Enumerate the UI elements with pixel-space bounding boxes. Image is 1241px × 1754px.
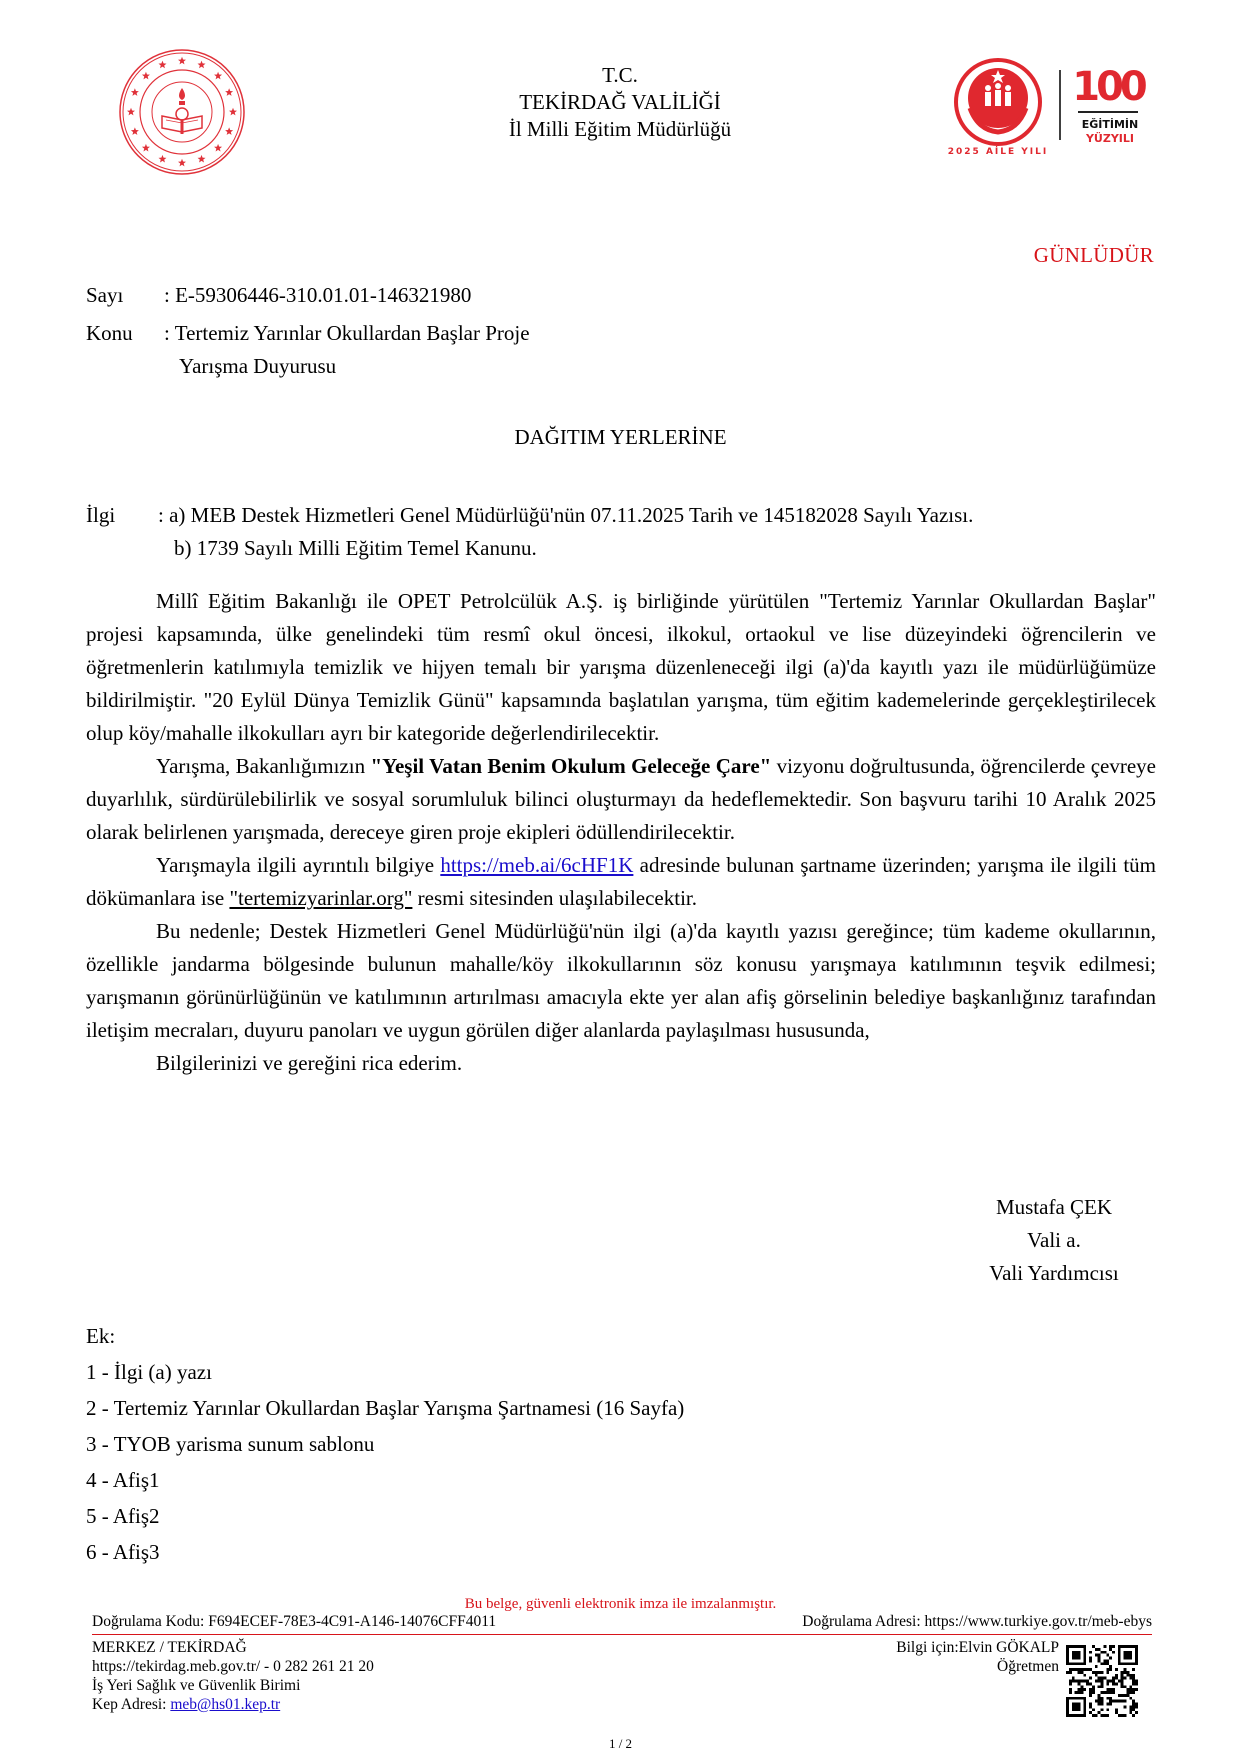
right-logos: 2025 AİLE YILI 100 EĞİTİMİN YÜZYILI — [948, 50, 1158, 160]
vision-slogan: "Yeşil Vatan Benim Okulum Geleceğe Çare" — [370, 754, 771, 778]
svg-text:EĞİTİMİN: EĞİTİMİN — [1082, 117, 1138, 131]
letterhead-directorate: İl Milli Eğitim Müdürlüğü — [400, 116, 840, 143]
ilgi-a: : a) MEB Destek Hizmetleri Genel Müdürlü… — [158, 503, 973, 527]
footer-contact: MERKEZ / TEKİRDAĞ https://tekirdag.meb.g… — [92, 1638, 374, 1714]
sayi-value: : E-59306446-310.01.01-146321980 — [164, 279, 471, 312]
letterhead-tc: T.C. — [400, 62, 840, 89]
paragraph-2: Yarışma, Bakanlığımızın "Yeşil Vatan Ben… — [86, 750, 1156, 849]
letterhead: T.C. TEKİRDAĞ VALİLİĞİ İl Milli Eğitim M… — [400, 62, 840, 143]
ilgi-b: b) 1739 Sayılı Milli Eğitim Temel Kanunu… — [174, 532, 537, 565]
verification-code: Doğrulama Kodu: F694ECEF-78E3-4C91-A146-… — [92, 1613, 496, 1631]
page-number: 1 / 2 — [0, 1736, 1241, 1752]
letterhead-governorship: TEKİRDAĞ VALİLİĞİ — [400, 89, 840, 116]
attachments: Ek: 1 - İlgi (a) yazı 2 - Tertemiz Yarın… — [86, 1318, 684, 1570]
paragraph-5: Bilgilerinizi ve gereğini rica ederim. — [86, 1047, 1156, 1080]
info-contact: Bilgi için:Elvin GÖKALP — [896, 1638, 1059, 1657]
site-link[interactable]: "tertemizyarinlar.org" — [229, 886, 412, 910]
footer-address: MERKEZ / TEKİRDAĞ — [92, 1638, 374, 1657]
paragraph-3: Yarışmayla ilgili ayrıntılı bilgiye http… — [86, 849, 1156, 915]
info-title: Öğretmen — [896, 1657, 1059, 1676]
verification-address[interactable]: Doğrulama Adresi: https://www.turkiye.go… — [802, 1613, 1152, 1631]
attachment-item: 6 - Afiş3 — [86, 1534, 684, 1570]
attachment-item: 5 - Afiş2 — [86, 1498, 684, 1534]
attachment-item: 4 - Afiş1 — [86, 1462, 684, 1498]
footer-kep: Kep Adresi: meb@hs01.kep.tr — [92, 1695, 374, 1714]
letter-body: Millî Eğitim Bakanlığı ile OPET Petrolcü… — [86, 585, 1156, 1080]
qr-code-icon — [1066, 1645, 1138, 1717]
verification-row: Doğrulama Kodu: F694ECEF-78E3-4C91-A146-… — [92, 1613, 1152, 1631]
signer-proxy: Vali a. — [954, 1224, 1154, 1257]
attachments-label: Ek: — [86, 1318, 684, 1354]
konu-row: Konu: Tertemiz Yarınlar Okullardan Başla… — [86, 317, 530, 350]
footer-unit: İş Yeri Sağlık ve Güvenlik Birimi — [92, 1676, 374, 1695]
sayi-label: Sayı — [86, 279, 164, 312]
attachment-item: 3 - TYOB yarisma sunum sablonu — [86, 1426, 684, 1462]
svg-text:100: 100 — [1072, 64, 1146, 110]
signer-title: Vali Yardımcısı — [954, 1257, 1154, 1290]
sayi-row: Sayı: E-59306446-310.01.01-146321980 — [86, 279, 471, 312]
p3-text-rest: resmi sitesinden ulaşılabilecektir. — [412, 886, 697, 910]
kep-link[interactable]: meb@hs01.kep.tr — [170, 1696, 280, 1713]
egitimin-yuzyili-100-icon: 100 EĞİTİMİN YÜZYILI — [1072, 64, 1146, 145]
paragraph-1: Millî Eğitim Bakanlığı ile OPET Petrolcü… — [86, 585, 1156, 750]
ilgi-row: İlgi: a) MEB Destek Hizmetleri Genel Müd… — [86, 499, 973, 532]
konu-label: Konu — [86, 317, 164, 350]
p3-text: Yarışmayla ilgili ayrıntılı bilgiye — [156, 853, 440, 877]
konu-value: : Tertemiz Yarınlar Okullardan Başlar Pr… — [164, 317, 530, 350]
meb-seal-icon: . — [118, 48, 246, 176]
recipient-heading: DAĞITIM YERLERİNE — [0, 425, 1241, 450]
attachment-item: 2 - Tertemiz Yarınlar Okullardan Başlar … — [86, 1390, 684, 1426]
esign-note: Bu belge, güvenli elektronik imza ile im… — [0, 1596, 1241, 1613]
signature-block: Mustafa ÇEK Vali a. Vali Yardımcısı — [954, 1191, 1154, 1290]
urgency-label: GÜNLÜDÜR — [1034, 243, 1154, 268]
attachment-item: 1 - İlgi (a) yazı — [86, 1354, 684, 1390]
paragraph-4: Bu nedenle; Destek Hizmetleri Genel Müdü… — [86, 915, 1156, 1047]
footer-divider — [92, 1634, 1152, 1635]
aile-yili-2025-icon: 2025 AİLE YILI — [948, 60, 1048, 157]
p2-text: Yarışma, Bakanlığımızın — [156, 754, 370, 778]
signer-name: Mustafa ÇEK — [954, 1191, 1154, 1224]
spec-link[interactable]: https://meb.ai/6cHF1K — [440, 853, 633, 877]
footer-info: Bilgi için:Elvin GÖKALP Öğretmen — [896, 1638, 1059, 1676]
kep-label: Kep Adresi: — [92, 1696, 170, 1713]
svg-text:YÜZYILI: YÜZYILI — [1085, 131, 1134, 145]
konu-value-line2: Yarışma Duyurusu — [179, 350, 336, 383]
ilgi-label: İlgi — [86, 499, 158, 532]
svg-text:2025 AİLE YILI: 2025 AİLE YILI — [948, 146, 1048, 157]
footer-web-phone: https://tekirdag.meb.gov.tr/ - 0 282 261… — [92, 1657, 374, 1676]
